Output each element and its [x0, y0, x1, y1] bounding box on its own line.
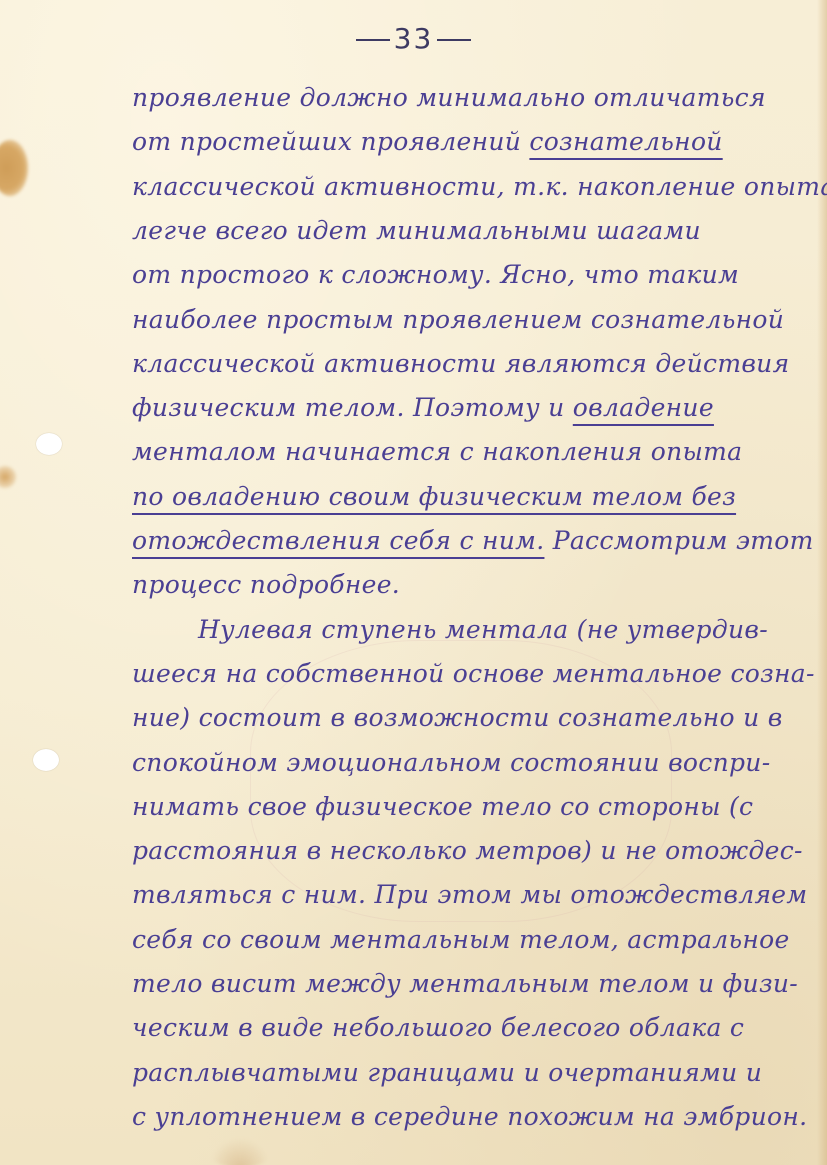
- text-line: классической активности, т.к. накопление…: [132, 167, 797, 207]
- underlined-text: по овладению своим физическим телом без: [132, 482, 736, 511]
- line-text: легче всего идет минимальными шагами: [132, 216, 701, 245]
- text-line: ческим в виде небольшого белесого облака…: [132, 1008, 797, 1048]
- line-text: от простейших проявлений: [132, 127, 529, 156]
- text-line: расстояния в несколько метров) и не отож…: [132, 831, 797, 871]
- line-text: шееся на собственной основе ментальное с…: [132, 659, 815, 688]
- punch-hole: [36, 433, 62, 455]
- text-line: процесс подробнее.: [132, 565, 797, 605]
- line-text: твляться с ним. При этом мы отождествляе…: [132, 880, 807, 909]
- text-line: отождествления себя с ним. Рассмотрим эт…: [132, 521, 797, 561]
- text-line: тело висит между ментальным телом и физи…: [132, 964, 797, 1004]
- text-line: расплывчатыми границами и очертаниями и: [132, 1053, 797, 1093]
- text-line: проявление должно минимально отличаться: [132, 78, 797, 118]
- text-line: ние) состоит в возможности сознательно и…: [132, 698, 797, 738]
- line-text: классической активности являются действи…: [132, 349, 789, 378]
- line-text: проявление должно минимально отличаться: [132, 83, 766, 112]
- text-line: менталом начинается с накопления опыта: [132, 432, 797, 472]
- text-line: спокойном эмоциональном состоянии воспри…: [132, 743, 797, 783]
- text-line: физическим телом. Поэтому и овладение: [132, 388, 797, 428]
- paper-stain: [0, 466, 16, 488]
- text-line: Нулевая ступень ментала (не утвердив-: [132, 610, 797, 650]
- page-number-value: 33: [394, 22, 434, 55]
- line-text: классической активности, т.к. накопление…: [132, 172, 827, 201]
- line-text: менталом начинается с накопления опыта: [132, 437, 742, 466]
- page-number-dash: [437, 39, 471, 41]
- underlined-text: сознательной: [529, 127, 722, 156]
- line-text: ние) состоит в возможности сознательно и…: [132, 703, 783, 732]
- line-text: с уплотнением в середине похожим на эмбр…: [132, 1102, 807, 1131]
- text-line: шееся на собственной основе ментальное с…: [132, 654, 797, 694]
- line-text: спокойном эмоциональном состоянии воспри…: [132, 748, 770, 777]
- text-line: от простого к сложному. Ясно, что таким: [132, 255, 797, 295]
- line-text: ческим в виде небольшого белесого облака…: [132, 1013, 744, 1042]
- text-line: от простейших проявлений сознательной: [132, 122, 797, 162]
- text-line: по овладению своим физическим телом без: [132, 477, 797, 517]
- text-line: твляться с ним. При этом мы отождествляе…: [132, 875, 797, 915]
- line-text: расплывчатыми границами и очертаниями и: [132, 1058, 762, 1087]
- text-line: нимать свое физическое тело со стороны (…: [132, 787, 797, 827]
- line-text: нимать свое физическое тело со стороны (…: [132, 792, 753, 821]
- text-line: с уплотнением в середине похожим на эмбр…: [132, 1097, 797, 1137]
- underlined-text: отождествления себя с ним.: [132, 526, 544, 555]
- line-text: расстояния в несколько метров) и не отож…: [132, 836, 803, 865]
- page-number: 33: [0, 22, 827, 55]
- underlined-text: овладение: [573, 393, 714, 422]
- paper-stain: [0, 140, 28, 196]
- text-line: наиболее простым проявлением сознательно…: [132, 300, 797, 340]
- paper-stain: [210, 1138, 270, 1165]
- line-text: наиболее простым проявлением сознательно…: [132, 305, 784, 334]
- line-text: процесс подробнее.: [132, 570, 400, 599]
- line-text: от простого к сложному. Ясно, что таким: [132, 260, 739, 289]
- line-text: тело висит между ментальным телом и физи…: [132, 969, 798, 998]
- punch-hole: [33, 749, 59, 771]
- text-line: легче всего идет минимальными шагами: [132, 211, 797, 251]
- line-text: Нулевая ступень ментала (не утвердив-: [132, 615, 768, 644]
- line-text: физическим телом. Поэтому и: [132, 393, 573, 422]
- manuscript-page: 33 проявление должно минимально отличать…: [0, 0, 827, 1165]
- text-line: себя со своим ментальным телом, астральн…: [132, 920, 797, 960]
- text-line: классической активности являются действи…: [132, 344, 797, 384]
- line-text: себя со своим ментальным телом, астральн…: [132, 925, 790, 954]
- page-number-dash: [356, 39, 390, 41]
- line-text: Рассмотрим этот: [544, 526, 813, 555]
